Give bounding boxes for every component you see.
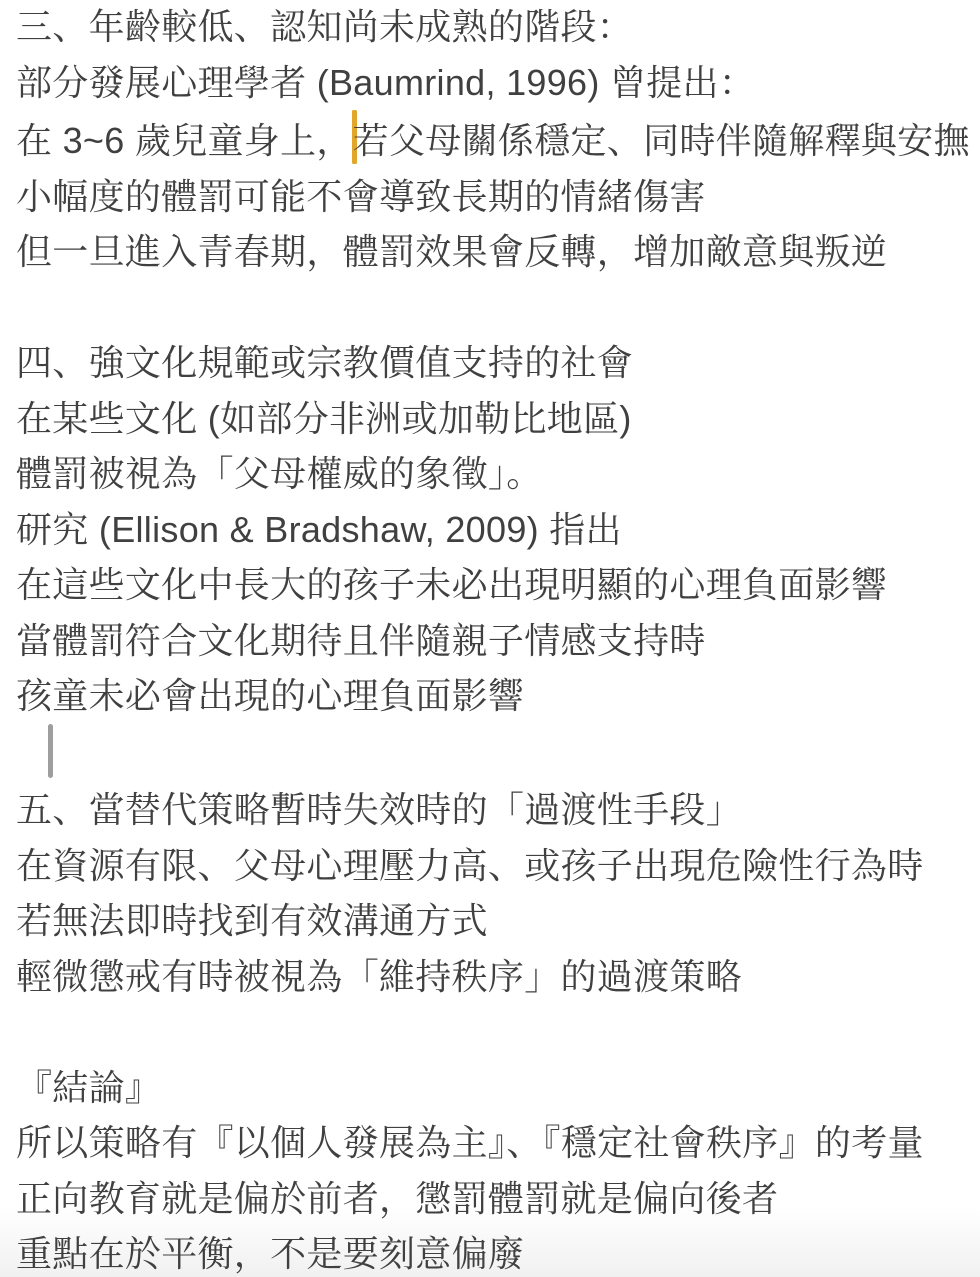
text-line[interactable]: 但一旦進入青春期，體罰效果會反轉，增加敵意與叛逆 <box>16 224 980 280</box>
text-line[interactable]: 正向教育就是偏於前者，懲罰體罰就是偏向後者 <box>16 1171 980 1227</box>
text-line[interactable]: 所以策略有『以個人發展為主』、『穩定社會秩序』的考量 <box>16 1115 980 1171</box>
text-line[interactable]: 體罰被視為「父母權威的象徵」。 <box>16 446 980 502</box>
text-line[interactable]: 小幅度的體罰可能不會導致長期的情緒傷害 <box>16 169 980 225</box>
text-line[interactable]: 四、強文化規範或宗教價值支持的社會 <box>16 335 980 391</box>
text-line[interactable]: 重點在於平衡，不是要刻意偏廢 <box>16 1226 980 1277</box>
text-line[interactable]: 孩童未必會出現的心理負面影響 <box>16 668 980 724</box>
text-line[interactable]: 若無法即時找到有效溝通方式 <box>16 893 980 949</box>
text-line-with-caret[interactable]: 在 3~6 歲兒童身上，若父母關係穩定、同時伴隨解釋與安撫 <box>16 110 980 169</box>
text-line[interactable]: 在這些文化中長大的孩子未必出現明顯的心理負面影響 <box>16 557 980 613</box>
text-after-caret: 若父母關係穩定、同時伴隨解釋與安撫 <box>353 120 970 161</box>
note-document[interactable]: 三、年齡較低、認知尚未成熟的階段： 部分發展心理學者 (Baumrind, 19… <box>0 0 980 1277</box>
text-line[interactable]: 三、年齡較低、認知尚未成熟的階段： <box>16 0 980 55</box>
empty-line-with-cursor[interactable] <box>16 724 980 783</box>
blank-line[interactable] <box>16 280 980 336</box>
text-line[interactable]: 在某些文化 (如部分非洲或加勒比地區) <box>16 391 980 447</box>
text-line[interactable]: 在資源有限、父母心理壓力高、或孩子出現危險性行為時 <box>16 838 980 894</box>
text-line[interactable]: 研究 (Ellison & Bradshaw, 2009) 指出 <box>16 502 980 558</box>
text-before-caret: 在 3~6 歲兒童身上， <box>16 120 353 161</box>
cursor-bar-indicator <box>48 724 53 778</box>
text-line[interactable]: 五、當替代策略暫時失效時的「過渡性手段」 <box>16 782 980 838</box>
text-line[interactable]: 當體罰符合文化期待且伴隨親子情感支持時 <box>16 613 980 669</box>
text-line[interactable]: 部分發展心理學者 (Baumrind, 1996) 曾提出： <box>16 55 980 111</box>
text-line[interactable]: 輕微懲戒有時被視為「維持秩序」的過渡策略 <box>16 949 980 1005</box>
blank-line[interactable] <box>16 1004 980 1060</box>
text-line[interactable]: 『結論』 <box>16 1060 980 1116</box>
